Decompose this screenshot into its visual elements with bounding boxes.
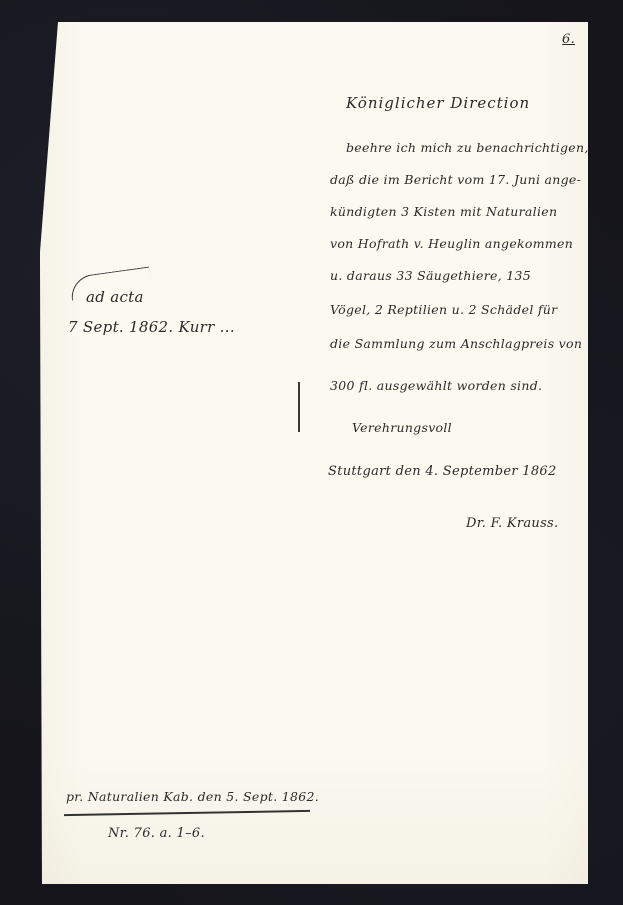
letter-body-line: Vögel, 2 Reptilien u. 2 Schädel für: [330, 302, 557, 317]
page-number: 6.: [562, 32, 575, 47]
margin-vertical-mark: [298, 382, 300, 432]
letter-body-line: beehre ich mich zu benachrichtigen,: [346, 140, 589, 155]
letter-body-line: von Hofrath v. Heuglin angekommen: [330, 236, 573, 251]
letter-body-line: 300 fl. ausgewählt worden sind.: [330, 378, 542, 393]
letter-body-line: daß die im Bericht vom 17. Juni ange-: [330, 172, 581, 187]
reference-number: Nr. 76. a. 1–6.: [108, 826, 205, 841]
receipt-note: pr. Naturalien Kab. den 5. Sept. 1862.: [66, 789, 319, 804]
letter-signature: Dr. F. Krauss.: [466, 516, 558, 531]
letter-closing: Verehrungsvoll: [352, 420, 452, 435]
letter-body-line: die Sammlung zum Anschlagpreis von: [330, 336, 582, 351]
letter-salutation: Königlicher Direction: [346, 94, 530, 112]
margin-note-date: 7 Sept. 1862. Kurr ...: [68, 318, 235, 336]
letter-body-line: u. daraus 33 Säugethiere, 135: [330, 268, 531, 283]
margin-note-ad-acta: ad acta: [86, 288, 144, 306]
letter-place-date: Stuttgart den 4. September 1862: [328, 464, 557, 479]
letter-body-line: kündigten 3 Kisten mit Naturalien: [330, 204, 557, 219]
